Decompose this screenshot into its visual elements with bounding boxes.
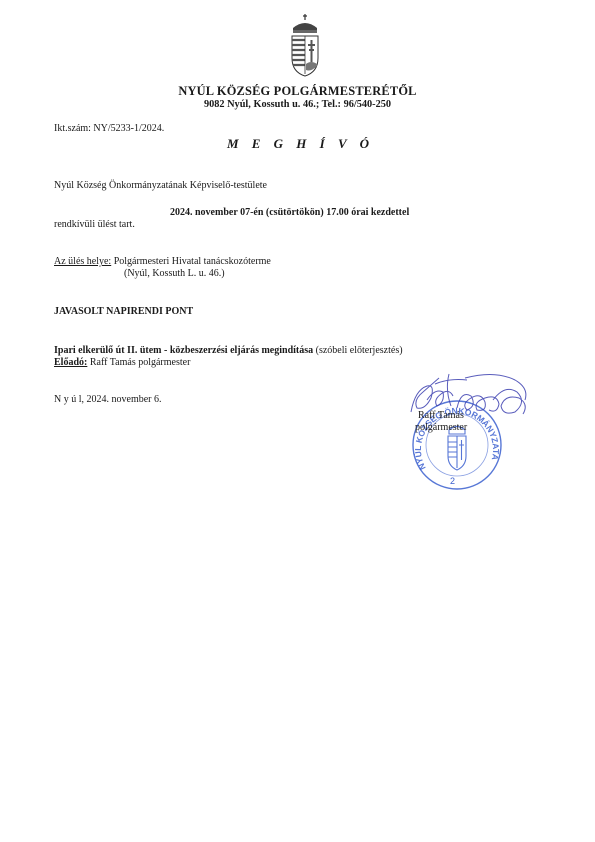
agenda-item: Ipari elkerülő út II. ütem - közbeszerzé… <box>54 345 403 356</box>
issuer-address: 9082 Nyúl, Kossuth u. 46.; Tel.: 96/540-… <box>0 99 595 110</box>
place-and-date: N y ú l, 2024. november 6. <box>54 394 162 405</box>
presenter-line: Előadó: Raff Tamás polgármester <box>54 357 190 368</box>
reference-number: Ikt.szám: NY/5233-1/2024. <box>54 123 164 134</box>
signer-name: Raff Tamás <box>418 410 464 421</box>
agenda-item-note: (szóbeli előterjesztés) <box>313 345 402 356</box>
document-title: M E G H Í V Ó <box>0 136 595 152</box>
venue-name: Polgármesteri Hivatal tanácskozóterme <box>111 256 271 267</box>
meeting-datetime: 2024. november 07-én (csütörtökön) 17.00… <box>170 207 409 218</box>
agenda-item-title: Ipari elkerülő út II. ütem - közbeszerzé… <box>54 345 313 356</box>
presenter-label: Előadó: <box>54 357 87 368</box>
venue-label: Az ülés helye: <box>54 256 111 267</box>
coat-of-arms-icon <box>288 14 322 78</box>
venue-line: Az ülés helye: Polgármesteri Hivatal tan… <box>54 256 271 267</box>
council-name: Nyúl Község Önkormányzatának Képviselő-t… <box>54 180 267 191</box>
issuer-title: NYÚL KÖZSÉG POLGÁRMESTERÉTŐL <box>0 84 595 99</box>
presenter-name: Raff Tamás polgármester <box>87 357 190 368</box>
stamp-number: 2 <box>450 476 455 486</box>
meeting-type: rendkívüli ülést tart. <box>54 219 135 230</box>
signer-title: polgármester <box>415 422 467 433</box>
agenda-heading: JAVASOLT NAPIRENDI PONT <box>54 306 193 317</box>
venue-address: (Nyúl, Kossuth L. u. 46.) <box>124 268 225 279</box>
